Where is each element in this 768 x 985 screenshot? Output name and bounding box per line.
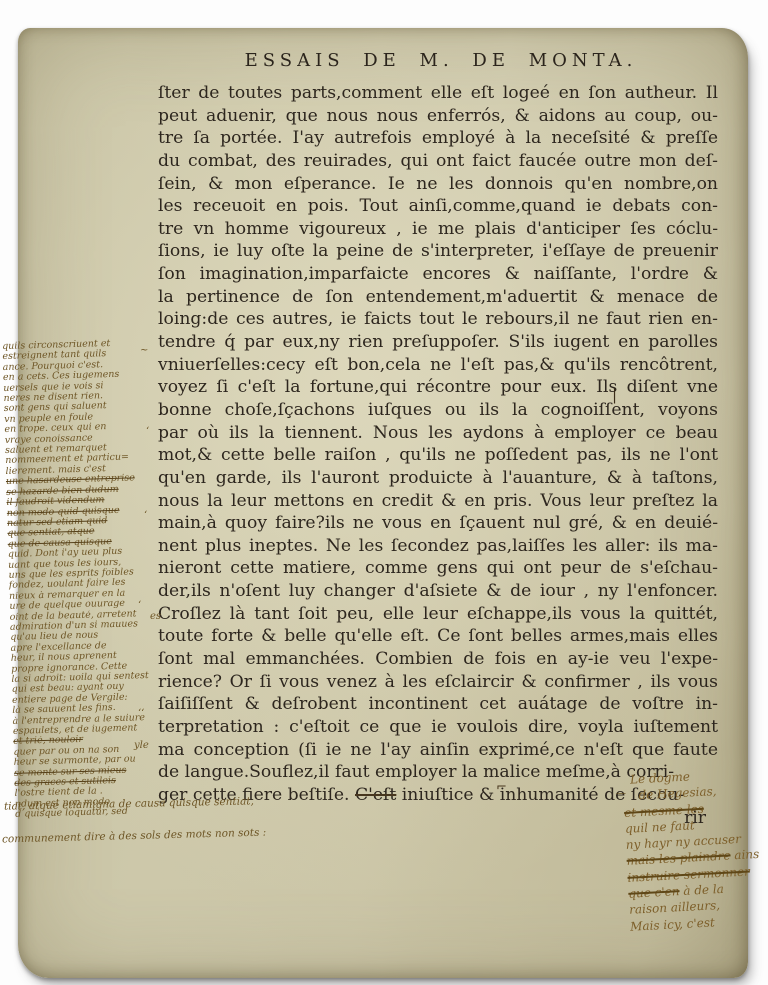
printed-line: ſont mal emmanchées. Combien de fois en … (158, 648, 718, 671)
printed-line: ſein, & mon eſperance. Ie ne les donnois… (158, 173, 718, 196)
printed-line: der,ils n'oſent luy changer d'aſsiete & … (158, 580, 718, 603)
printed-line: peut aduenir, que nous nous enferrós, & … (158, 105, 718, 128)
printed-line: ſaiſiſſent & deſrobent incontinent cet a… (158, 693, 718, 716)
pen-mark: ~ (140, 345, 148, 356)
printed-line: nieront cette matiere, comme gens qui on… (158, 557, 718, 580)
pen-mark: — (616, 788, 626, 799)
printed-line: par où ils la tiennent. Nous les aydons … (158, 422, 718, 445)
printed-line: ſter de toutes parts,comment elle eſt lo… (158, 82, 718, 105)
scanned-book-photo: ESSAIS DE M. DE MONTA. ſter de toutes pa… (0, 0, 768, 985)
printed-line: ſon imagination,imparfaicte encores & na… (158, 263, 718, 286)
right-marginalia: Le dogme de Hegesias, et mesme les quil … (622, 764, 768, 935)
printed-line: de langue.Souflez,il faut employer la ma… (158, 761, 628, 784)
interlinear-annotation: communement dire à des sols des mots non… (2, 827, 267, 846)
pen-mark: ‘ (138, 600, 141, 611)
insertion-caret-mark: | (612, 386, 617, 404)
printed-line: main,à quoy faire?ils ne vous en ſçauent… (158, 512, 718, 535)
pen-mark: ⌐ (496, 780, 507, 795)
printed-line: terpretation : c'eſtoit ce que ie vouloi… (158, 716, 718, 739)
printed-line: toute forte & belle qu'elle eſt. Ce ſont… (158, 625, 718, 648)
printed-line: Croſlez là tant ſoit peu, elle leur eſch… (158, 603, 718, 626)
printed-line: rience? Or ſi vous venez à les eſclairci… (158, 671, 718, 694)
pen-mark: ‘ (144, 510, 147, 521)
printed-line: nous la leur mettons en credit & en pris… (158, 490, 718, 513)
printed-line: qu'en garde, ils l'auront produicte à l'… (158, 467, 718, 490)
printed-line: voyez ſi c'eſt la fortune,qui récontre p… (158, 376, 718, 399)
printed-line: nent plus ineptes. Ne les ſecondez pas,l… (158, 535, 718, 558)
pen-mark: es (150, 611, 161, 622)
pen-mark: ~ (700, 296, 708, 307)
printed-text-block: ſter de toutes parts,comment elle eſt lo… (158, 82, 718, 829)
printed-line: vniuerſelles:cecy eſt bon,cela ne l'eſt … (158, 354, 718, 377)
printed-line: ſions, ie luy oſte la peine de s'interpr… (158, 240, 718, 263)
page-header: ESSAIS DE M. DE MONTA. (158, 50, 724, 71)
page-scan: ESSAIS DE M. DE MONTA. ſter de toutes pa… (18, 28, 748, 978)
printed-line: tre ſa portée. I'ay autrefois employé à … (158, 127, 718, 150)
pen-mark: yle (134, 740, 149, 751)
printed-line: la pertinence de ſon entendement,m'aduer… (158, 286, 718, 309)
printed-line: du combat, des reuirades, qui ont faict … (158, 150, 718, 173)
printed-line: ma conception (ſi ie ne l'ay ainſin expr… (158, 739, 718, 762)
printed-line: loing:de ces autres, ie faicts tout le r… (158, 308, 718, 331)
printed-line: mot,& cette belle raiſon , qu'ils ne poſ… (158, 444, 718, 467)
printed-line: les receuoit en pois. Tout ainſi,comme,q… (158, 195, 718, 218)
pen-mark: ‘‘ (138, 708, 144, 719)
printed-line: tendre q́ par eux,ny rien preſuppoſer. S… (158, 331, 718, 354)
printed-line: tre vn homme vigoureux , ie me plais d'a… (158, 218, 718, 241)
printed-line: bonne choſe,ſçachons iuſques ou ils la c… (158, 399, 718, 422)
struck-word: C'eſt (355, 785, 396, 805)
pen-mark: ‘ (146, 426, 149, 437)
